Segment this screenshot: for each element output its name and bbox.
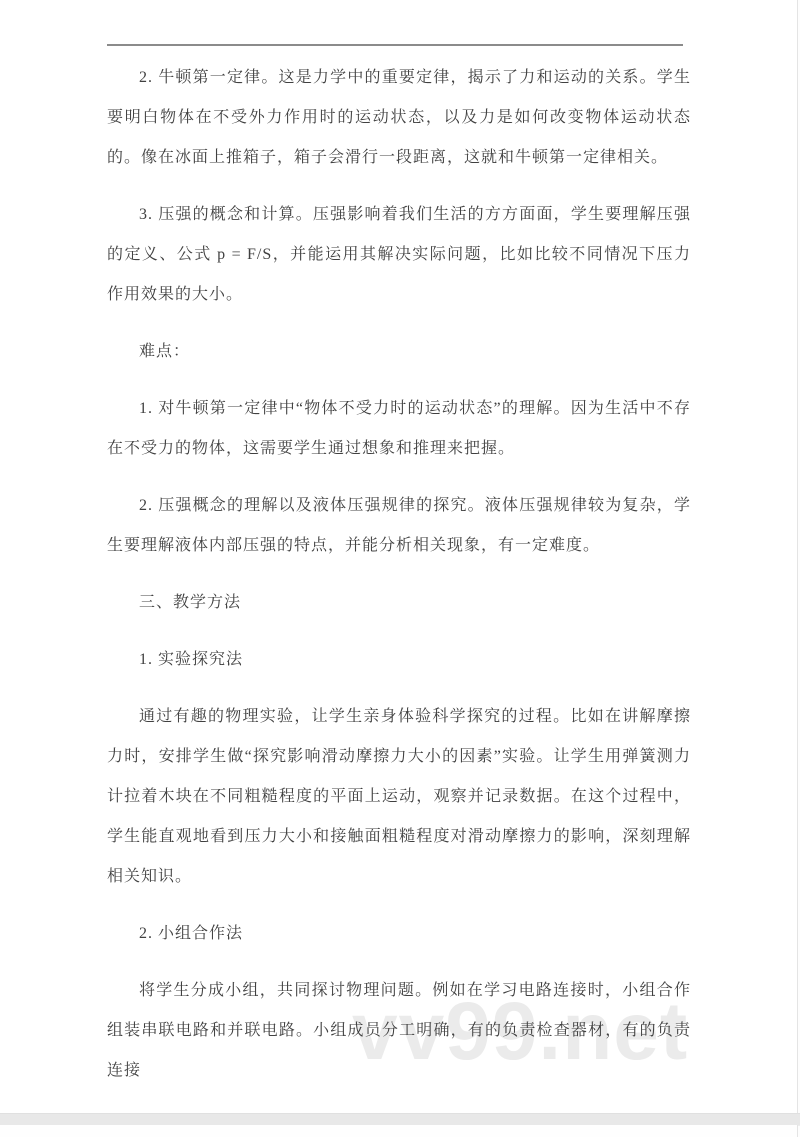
paragraph-group-method: 将学生分成小组，共同探讨物理问题。例如在学习电路连接时，小组合作组装串联电路和并… [107, 971, 691, 1091]
document-viewer: vv99.net 2. 牛顿第一定律。这是力学中的重要定律，揭示了力和运动的关系… [0, 0, 800, 1137]
document-body: 2. 牛顿第一定律。这是力学中的重要定律，揭示了力和运动的关系。学生要明白物体在… [107, 58, 691, 1108]
heading-group-method: 2. 小组合作法 [107, 914, 691, 954]
document-page: vv99.net 2. 牛顿第一定律。这是力学中的重要定律，揭示了力和运动的关系… [0, 0, 798, 1113]
header-rule [107, 44, 683, 46]
heading-teaching-methods: 三、教学方法 [107, 583, 691, 623]
paragraph-newton-law: 2. 牛顿第一定律。这是力学中的重要定律，揭示了力和运动的关系。学生要明白物体在… [107, 58, 691, 178]
next-page-top [0, 1125, 798, 1137]
heading-difficulties: 难点： [107, 332, 691, 372]
paragraph-difficulty-2: 2. 压强概念的理解以及液体压强规律的探究。液体压强规律较为复杂，学生要理解液体… [107, 486, 691, 566]
heading-experiment-method: 1. 实验探究法 [107, 640, 691, 680]
paragraph-experiment-method: 通过有趣的物理实验，让学生亲身体验科学探究的过程。比如在讲解摩擦力时，安排学生做… [107, 697, 691, 897]
paragraph-difficulty-1: 1. 对牛顿第一定律中“物体不受力时的运动状态”的理解。因为生活中不存在不受力的… [107, 389, 691, 469]
paragraph-pressure-concept: 3. 压强的概念和计算。压强影响着我们生活的方方面面，学生要理解压强的定义、公式… [107, 195, 691, 315]
